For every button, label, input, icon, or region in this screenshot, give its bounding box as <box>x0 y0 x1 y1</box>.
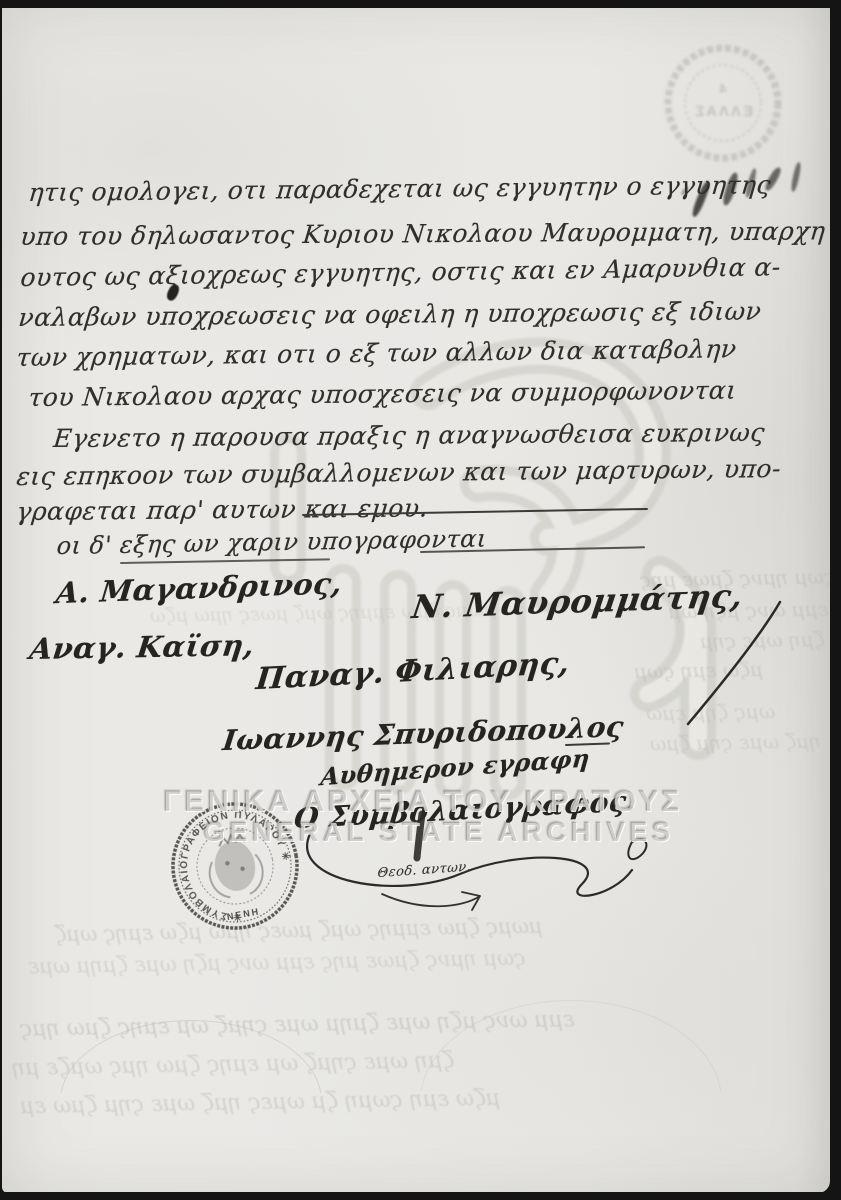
seal-bottom-text: ΝΕΝΗ <box>226 906 261 922</box>
archives-watermark-english: GENERAL STATE ARCHIVES <box>203 816 674 848</box>
stamp-country-text: ΕΛΛΑΣ <box>693 103 753 120</box>
small-signature-flourish <box>380 882 500 922</box>
document-scan: 4 ΕΛΛΑΣ ητις ομολογει, οτι παραδεχεται ω… <box>0 0 841 1200</box>
signature-witness-2: Αναγ. Καϊση, <box>28 628 257 666</box>
handwritten-line: γραφεται παρ' αυτων και εμου. <box>15 493 429 526</box>
scan-border-right <box>830 0 841 1200</box>
handwritten-line: υπο του δηλωσαντος Κυριου Νικολαου Μαυρο… <box>19 216 827 251</box>
scan-border-bottom <box>0 1192 841 1200</box>
stamp-numeral: 4 <box>719 81 727 96</box>
scan-border-left <box>0 0 2 1200</box>
archives-watermark-greek: ΓΕΝΙΚΑ ΑΡΧΕΙΑ ΤΟΥ ΚΡΑΤΟΥΣ <box>163 785 682 819</box>
postal-stamp-bleedthrough: 4 ΕΛΛΑΣ <box>658 38 788 168</box>
signature-paraph-stroke <box>660 596 800 736</box>
scan-border-top <box>0 0 841 8</box>
